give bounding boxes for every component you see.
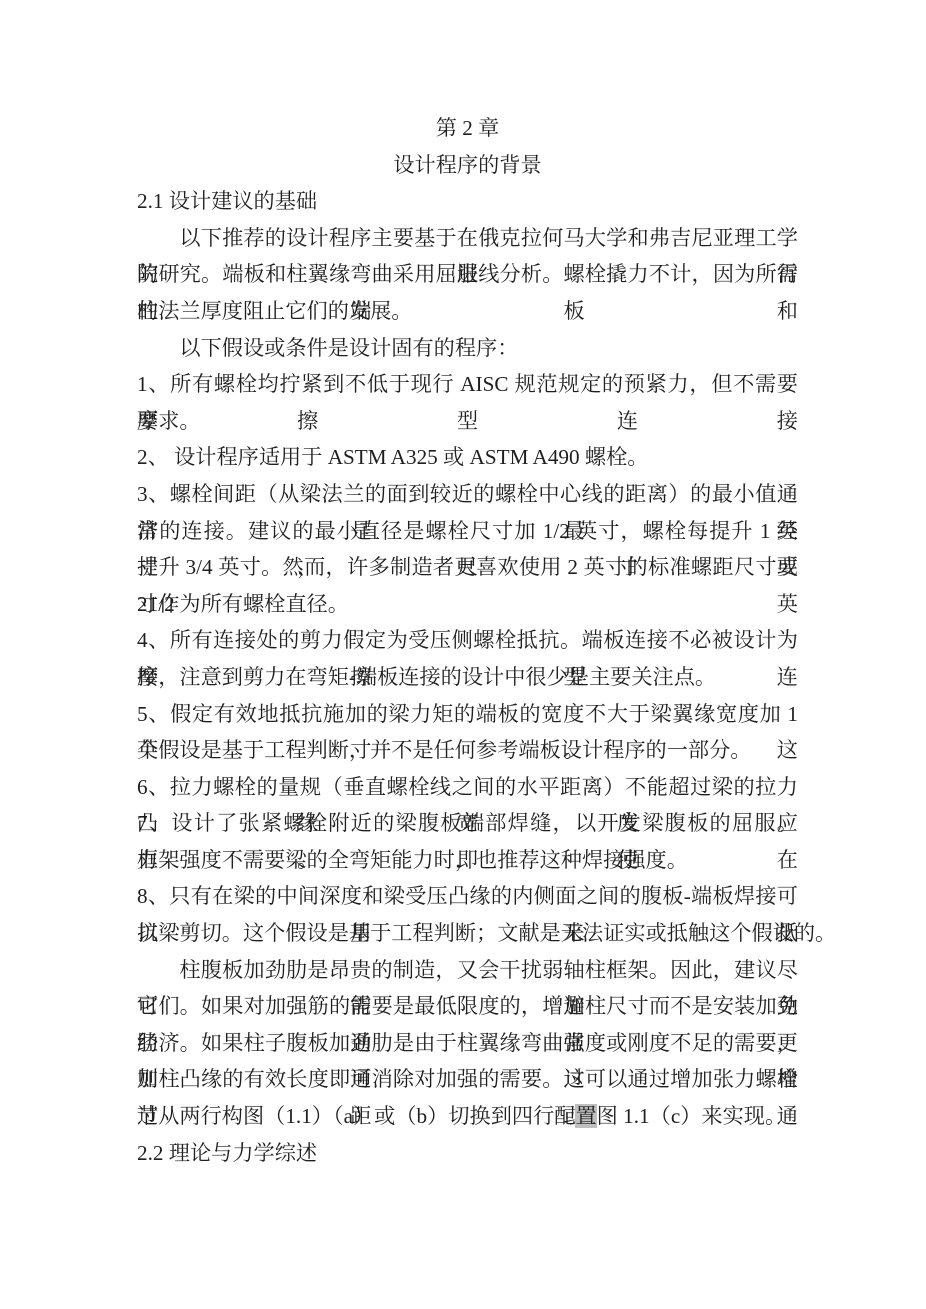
list-item-5-line: 5、假定有效地抵抗施加的梁力矩的端板的宽度不大于梁翼缘宽度加 1 英寸。这	[137, 696, 798, 733]
paragraph-line: 加柱凸缘的有效长度即可消除对加强的需要。这可以通过增加张力螺栓节距或通	[137, 1061, 798, 1098]
text-segment: 过从两行构图（1.1）（a）或（b）切换到四行配	[137, 1104, 575, 1128]
list-item-6-line: 6、拉力螺栓的量规（垂直螺栓线之间的水平距离）不能超过梁的拉力凸缘宽度。	[137, 769, 798, 806]
list-item-4-line: 接，注意到剪力在弯矩-端板连接的设计中很少是主要关注点。	[137, 659, 798, 696]
list-item-3-line: 提升 3/4 英寸。然而，许多制造者更喜欢使用 2 英寸的标准螺距尺寸或 21/…	[137, 549, 798, 586]
paragraph-line: 它们。如果对加强筋的需要是最低限度的，增加柱尺寸而不是安装加劲肋通常更	[137, 988, 798, 1025]
text-segment: 图 1.1（c）来实现。	[597, 1104, 787, 1128]
chapter-number: 第 2 章	[137, 110, 798, 147]
paragraph-line: 柱腹板加劲肋是昂贵的制造，又会干扰弱轴柱框架。因此，建议尽可能避免	[137, 952, 798, 989]
chapter-title: 设计程序的背景	[137, 147, 798, 184]
section-heading-2-1: 2.1 设计建议的基础	[137, 183, 798, 220]
paragraph-line: 经济。如果柱子腹板加劲肋是由于柱翼缘弯曲强度或刚度不足的需要，则通过增	[137, 1025, 798, 1062]
paragraph-line: 以下推荐的设计程序主要基于在俄克拉何马大学和弗吉尼亚理工学院进行	[137, 220, 798, 257]
section-heading-2-2: 2.2 理论与力学综述	[137, 1135, 798, 1172]
document-text-block: 第 2 章设计程序的背景2.1 设计建议的基础以下推荐的设计程序主要基于在俄克拉…	[137, 110, 798, 1171]
list-item-2-line: 2、 设计程序适用于 ASTM A325 或 ASTM A490 螺栓。	[137, 439, 798, 476]
list-item-8-line: 抗梁剪切。这个假设是基于工程判断；文献是无法证实或抵触这个假设的。	[137, 915, 798, 952]
document-page: 第 2 章设计程序的背景2.1 设计建议的基础以下推荐的设计程序主要基于在俄克拉…	[0, 0, 926, 1309]
list-item-7-line: 7、设计了张紧螺栓附近的梁腹板端部焊缝，以开发梁腹板的屈服应力。即使在	[137, 805, 798, 842]
list-item-3-line: 3、螺栓间距（从梁法兰的面到较近的螺栓中心线的距离）的最小值通常是最经	[137, 476, 798, 513]
paragraph-line: 以下假设或条件是设计固有的程序：	[137, 330, 798, 367]
list-item-1-line: 1、所有螺栓均拧紧到不低于现行 AISC 规范规定的预紧力，但不需要摩擦型连接	[137, 366, 798, 403]
list-item-3-line: 济的连接。建议的最小直径是螺栓尺寸加 1/2 英寸，螺栓每提升 1 英寸，尺寸要	[137, 513, 798, 550]
paragraph-line: 过从两行构图（1.1）（a）或（b）切换到四行配置图 1.1（c）来实现。	[137, 1098, 798, 1135]
list-item-8-line: 8、只有在梁的中间深度和梁受压凸缘的内侧面之间的腹板-端板焊接可以用来抵	[137, 878, 798, 915]
list-item-4-line: 4、所有连接处的剪力假定为受压侧螺栓抵抗。端板连接不必被设计为摩擦型连	[137, 622, 798, 659]
highlighted-character: 置	[575, 1104, 596, 1128]
list-item-5-line: 个假设是基于工程判断，并不是任何参考端板设计程序的一部分。	[137, 732, 798, 769]
paragraph-line: 的研究。端板和柱翼缘弯曲采用屈服线分析。螺栓撬力不计，因为所需的端板和	[137, 256, 798, 293]
